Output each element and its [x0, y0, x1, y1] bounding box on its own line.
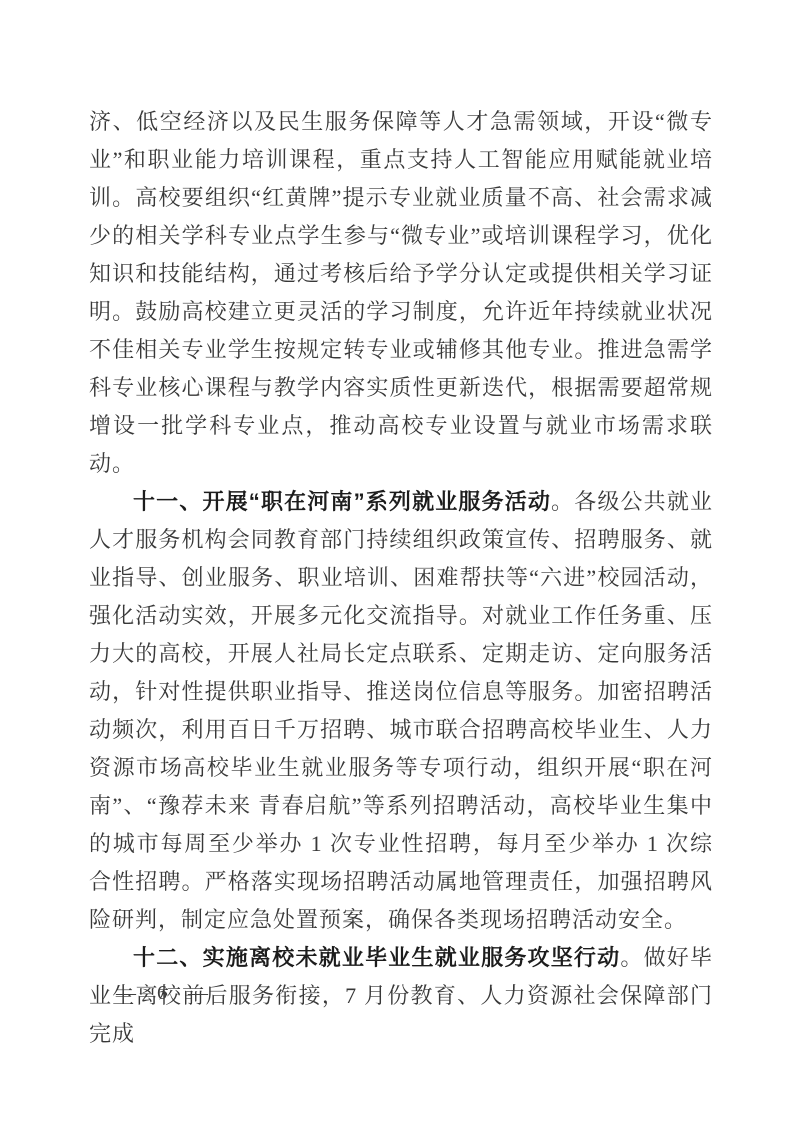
document-page: 济、低空经济以及民生服务保障等人才急需领域，开设“微专业”和职业能力培训课程，重…: [0, 0, 800, 1131]
section-12-heading: 十二、实施离校未就业毕业生就业服务攻坚行动: [133, 945, 620, 970]
page-number: — 6 —: [116, 982, 212, 1005]
paragraph-continuation: 济、低空经济以及民生服务保障等人才急需领域，开设“微专业”和职业能力培训课程，重…: [89, 103, 713, 483]
paragraph-text: 济、低空经济以及民生服务保障等人才急需领域，开设“微专业”和职业能力培训课程，重…: [89, 109, 713, 476]
paragraph-section-11: 十一、开展“职在河南”系列就业服务活动。各级公共就业人才服务机构会同教育部门持续…: [89, 483, 713, 939]
document-body: 济、低空经济以及民生服务保障等人才急需领域，开设“微专业”和职业能力培训课程，重…: [89, 103, 713, 1053]
paragraph-text: 。各级公共就业人才服务机构会同教育部门持续组织政策宣传、招聘服务、就业指导、创业…: [89, 489, 713, 932]
section-11-heading: 十一、开展“职在河南”系列就业服务活动: [133, 489, 551, 514]
